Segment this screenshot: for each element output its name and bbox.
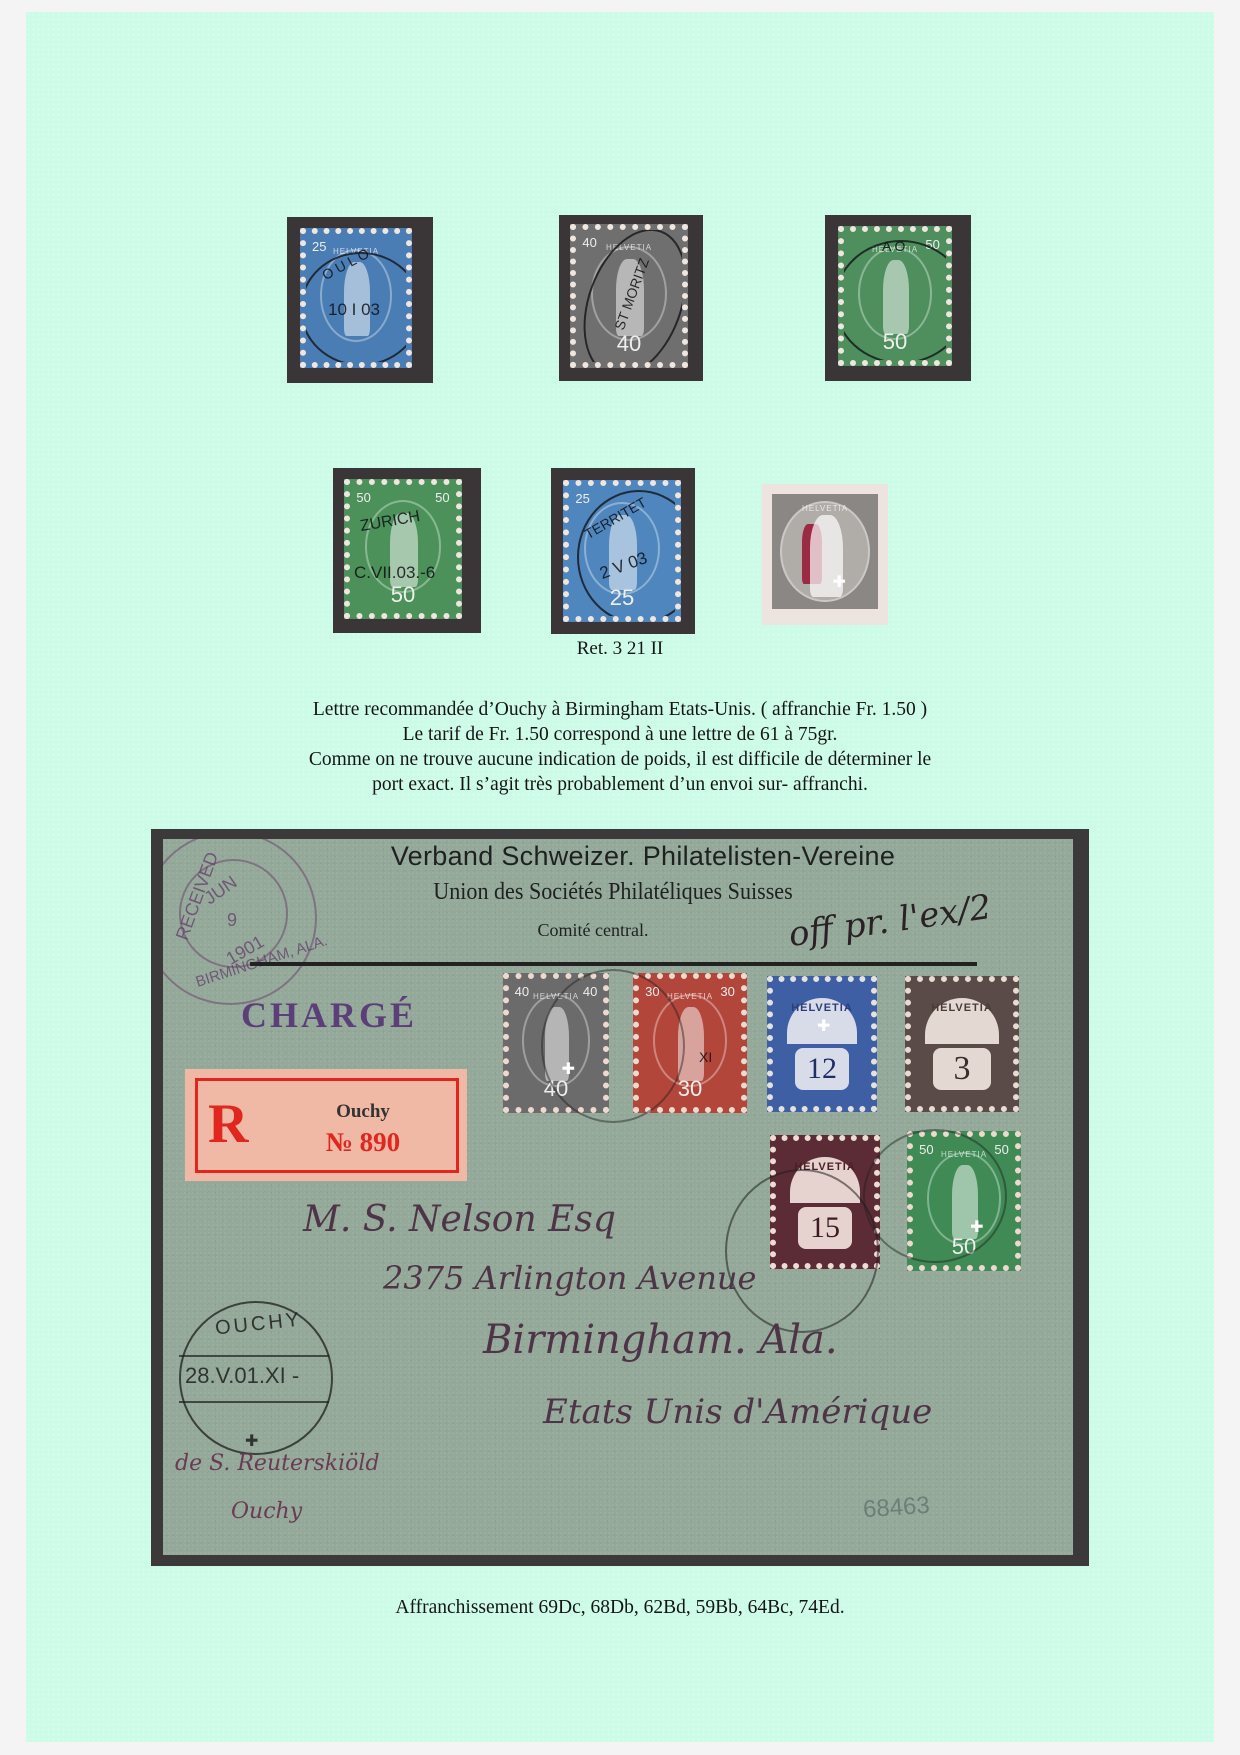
env-stamp-12c-blue: HELVETIA ✚ 12 <box>767 976 877 1112</box>
heading-rule <box>250 962 977 966</box>
stamp-inscription: HELVETIA <box>762 504 888 513</box>
description-line: Comme on ne trouve aucune indication de … <box>0 747 1240 772</box>
envelope-heading-2: Union des Sociétés Philatéliques Suisses <box>337 879 889 906</box>
address-line-4: Etats Unis d'Amérique <box>543 1392 932 1432</box>
ouchy-cancel-over-stamps <box>541 969 685 1123</box>
stamp-value-corner: 50 <box>435 490 449 505</box>
stamp-25c-blue: HELVETIA 25 10 I 03 O U L O <box>300 228 412 368</box>
description: Lettre recommandée d’Ouchy à Birmingham … <box>0 697 1240 797</box>
stamp-essay: ✚ HELVETIA <box>762 484 888 625</box>
cancel-mark <box>838 240 952 364</box>
stamp-inscription: HELVETIA <box>911 1002 1013 1014</box>
envelope-heading-3: Comité central. <box>463 920 723 941</box>
swiss-cross-icon: ✚ <box>817 1018 830 1034</box>
swiss-cross-icon: ✚ <box>833 574 846 590</box>
env-stamp-3c-brown: HELVETIA 3 <box>905 976 1019 1112</box>
description-line: Lettre recommandée d’Ouchy à Birmingham … <box>0 697 1240 722</box>
cancel-date: 10 I 03 <box>328 300 380 320</box>
stamp-50c-green: HELVETIA 50 50 A O <box>838 226 952 366</box>
charge-handstamp: CHARGÉ <box>241 994 417 1036</box>
address-line-2: 2375 Arlington Avenue <box>383 1259 756 1297</box>
stamp-25c-blue-territet: 25 25 TERRITET 2 V 03 <box>563 480 681 622</box>
cancel-town: A O <box>882 238 905 254</box>
swiss-cross-icon: ✚ <box>245 1431 258 1451</box>
stamp-value-corner: 50 <box>356 490 370 505</box>
registration-handstamp-number: 68463 <box>862 1492 931 1525</box>
registration-label: R Ouchy № 890 <box>185 1069 467 1181</box>
ouchy-postmark-date: 28.V.01.XI - <box>185 1363 299 1389</box>
retouch-label: Ret. 3 21 II <box>0 638 1240 660</box>
sender-town: Ouchy <box>231 1499 302 1524</box>
stamp-value: 50 <box>350 582 456 608</box>
registration-office: Ouchy <box>288 1101 438 1123</box>
address-line-3: Birmingham. Ala. <box>483 1317 838 1363</box>
stamp-value-corner: 40 <box>582 235 596 250</box>
sender-name: de S. Reuterskiöld <box>175 1451 380 1476</box>
stamp-inscription: HELVETIA <box>773 1002 871 1014</box>
ouchy-cancel-over-stamps <box>863 1129 1007 1263</box>
received-day: 9 <box>227 909 237 931</box>
cancel-date: XI <box>699 1049 712 1065</box>
cancel-date: C.VII.03.-6 <box>354 563 435 583</box>
stamp-value-corner: 25 <box>575 491 589 506</box>
stamp-value: 12 <box>773 1052 871 1086</box>
stamp-40c-grey: HELVETIA 40 40 ST MORITZ <box>570 224 688 368</box>
registration-label-border: R Ouchy № 890 <box>195 1078 459 1173</box>
ouchy-cancel-over-stamps <box>725 1169 879 1333</box>
registration-letter: R <box>208 1089 248 1159</box>
stamp-value-corner: 30 <box>720 984 734 999</box>
stamp-value: 25 <box>312 239 326 254</box>
description-line: Le tarif de Fr. 1.50 correspond à une le… <box>0 722 1240 747</box>
description-line: port exact. Il s’agit très probablement … <box>0 772 1240 797</box>
stamp-value-corner: 50 <box>994 1142 1008 1157</box>
envelope-cover: RECEIVED JUN 9 1901 BIRMINGHAM, ALA. Ver… <box>163 839 1073 1555</box>
address-line-1: M. S. Nelson Esq <box>303 1199 616 1240</box>
stamp-value: 3 <box>911 1050 1013 1088</box>
registration-number: № 890 <box>288 1127 438 1158</box>
envelope-heading-1: Verband Schweizer. Philatelisten-Vereine <box>293 841 993 872</box>
stamp-value-corner: 40 <box>515 984 529 999</box>
stamp-50c-green-zurich: 50 50 50 ZURICH C.VII.03.-6 <box>344 479 462 619</box>
franking-caption: Affranchissement 69Dc, 68Db, 62Bd, 59Bb,… <box>0 1597 1240 1619</box>
